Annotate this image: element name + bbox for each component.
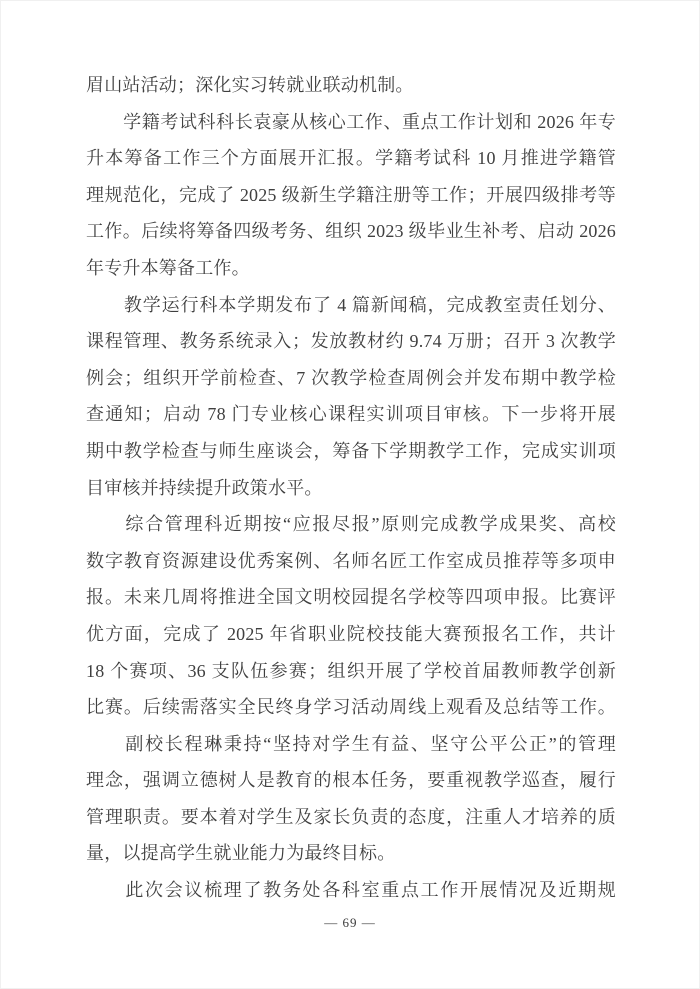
text-line: 理念，强调立德树人是教育的根本任务，要重视教学巡查，履行	[86, 762, 616, 799]
text-line: 眉山站活动；深化实习转就业联动机制。	[86, 67, 616, 104]
text-line: 优方面，完成了 2025 年省职业院校技能大赛预报名工作，共计	[86, 616, 616, 653]
text-line: 查通知；启动 78 门专业核心课程实训项目审核。下一步将开展	[86, 396, 616, 433]
text-line: 理规范化，完成了 2025 级新生学籍注册等工作；开展四级排考等	[86, 177, 616, 214]
text-line: 年专升本筹备工作。	[86, 250, 616, 287]
text-line: 升本筹备工作三个方面展开汇报。学籍考试科 10 月推进学籍管	[86, 140, 616, 177]
text-line: 副校长程琳秉持“坚持对学生有益、坚守公平公正”的管理	[86, 726, 616, 763]
text-line: 学籍考试科科长袁豪从核心工作、重点工作计划和 2026 年专	[86, 104, 616, 141]
text-line: 管理职责。要本着对学生及家长负责的态度，注重人才培养的质	[86, 799, 616, 836]
text-line: 工作。后续将筹备四级考务、组织 2023 级毕业生补考、启动 2026	[86, 213, 616, 250]
document-page: 眉山站活动；深化实习转就业联动机制。 学籍考试科科长袁豪从核心工作、重点工作计划…	[0, 0, 700, 989]
text-line: 数字教育资源建设优秀案例、名师名匠工作室成员推荐等多项申	[86, 543, 616, 580]
text-line: 例会；组织开学前检查、7 次教学检查周例会并发布期中教学检	[86, 360, 616, 397]
page-number: — 69 —	[1, 915, 699, 931]
document-body: 眉山站活动；深化实习转就业联动机制。 学籍考试科科长袁豪从核心工作、重点工作计划…	[86, 67, 616, 909]
text-line: 量，以提高学生就业能力为最终目标。	[86, 835, 616, 872]
text-line: 报。未来几周将推进全国文明校园提名学校等四项申报。比赛评	[86, 579, 616, 616]
text-line: 此次会议梳理了教务处各科室重点工作开展情况及近期规	[86, 872, 616, 909]
text-line: 比赛。后续需落实全民终身学习活动周线上观看及总结等工作。	[86, 689, 616, 726]
text-line: 目审核并持续提升政策水平。	[86, 470, 616, 507]
text-line: 课程管理、教务系统录入；发放教材约 9.74 万册；召开 3 次教学	[86, 323, 616, 360]
text-line: 综合管理科近期按“应报尽报”原则完成教学成果奖、高校	[86, 506, 616, 543]
text-line: 期中教学检查与师生座谈会，筹备下学期教学工作，完成实训项	[86, 433, 616, 470]
text-line: 教学运行科本学期发布了 4 篇新闻稿，完成教室责任划分、	[86, 287, 616, 324]
text-line: 18 个赛项、36 支队伍参赛；组织开展了学校首届教师教学创新	[86, 653, 616, 690]
